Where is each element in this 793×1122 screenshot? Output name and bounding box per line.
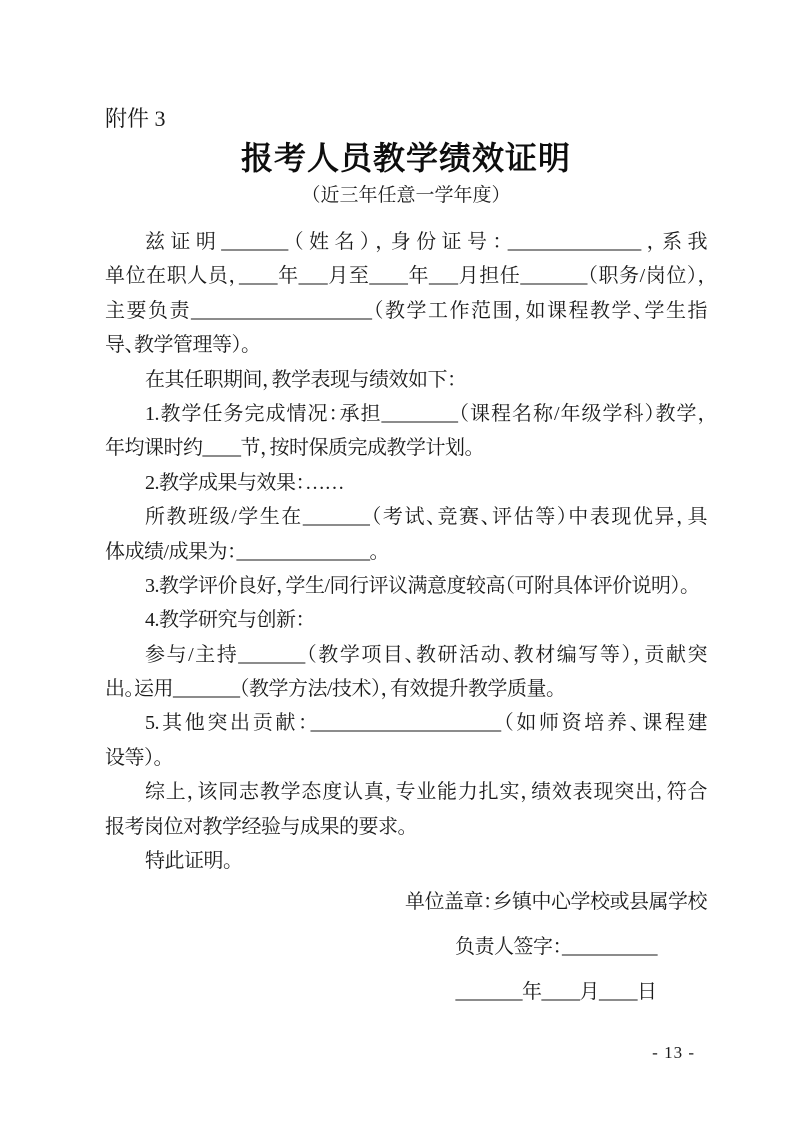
signature-inner: 单位盖章：乡镇中心学校或县属学校 负责人签字：__________ ______… <box>405 880 707 1015</box>
body-line: 兹证明_______（姓名），身份证号：______________，系我 <box>105 225 707 259</box>
body-line: 3.教学评价良好，学生/同行评议满意度较高（可附具体评价说明）。 <box>105 569 707 603</box>
body-line: 导、教学管理等）。 <box>105 328 707 362</box>
document-subtitle: （近三年任意一学年度） <box>105 183 707 209</box>
body-line: 1.教学任务完成情况：承担________（课程名称/年级学科）教学， <box>105 397 707 431</box>
body-line: 特此证明。 <box>105 844 707 878</box>
body-line: 4.教学研究与创新： <box>105 603 707 637</box>
responsible-person-signature-line: 负责人签字：__________ <box>405 925 707 970</box>
body-line: 出。运用_______（教学方法/技术），有效提升教学质量。 <box>105 672 707 706</box>
unit-seal-line: 单位盖章：乡镇中心学校或县属学校 <box>405 880 707 925</box>
body-line: 主要负责___________________（教学工作范围，如课程教学、学生指 <box>105 294 707 328</box>
body-line: 2.教学成果与效果：…… <box>105 466 707 500</box>
body-line: 综上，该同志教学态度认真，专业能力扎实，绩效表现突出，符合 <box>105 775 707 809</box>
body-line: 年均课时约____节，按时保质完成教学计划。 <box>105 431 707 465</box>
body-line: 单位在职人员，____年___月至____年___月担任_______（职务/岗… <box>105 259 707 293</box>
document-body: 兹证明_______（姓名），身份证号：______________，系我单位在… <box>105 225 707 878</box>
body-line: 设等）。 <box>105 741 707 775</box>
body-line: 5.其他突出贡献：____________________（如师资培养、课程建 <box>105 706 707 740</box>
body-line: 报考岗位对教学经验与成果的要求。 <box>105 810 707 844</box>
document-page: 附件 3 报考人员教学绩效证明 （近三年任意一学年度） 兹证明_______（姓… <box>0 0 793 1122</box>
date-line: _______年____月____日 <box>405 970 707 1015</box>
signature-block: 单位盖章：乡镇中心学校或县属学校 负责人签字：__________ ______… <box>105 880 707 1015</box>
attachment-label: 附件 3 <box>105 104 166 134</box>
body-line: 在其任职期间，教学表现与绩效如下： <box>105 363 707 397</box>
document-title: 报考人员教学绩效证明 <box>105 136 707 180</box>
page-number: - 13 - <box>105 1042 695 1064</box>
body-line: 参与/主持_______（教学项目、教研活动、教材编写等），贡献突 <box>105 638 707 672</box>
body-line: 所教班级/学生在_______（考试、竞赛、评估等）中表现优异，具 <box>105 500 707 534</box>
body-line: 体成绩/成果为：______________。 <box>105 535 707 569</box>
